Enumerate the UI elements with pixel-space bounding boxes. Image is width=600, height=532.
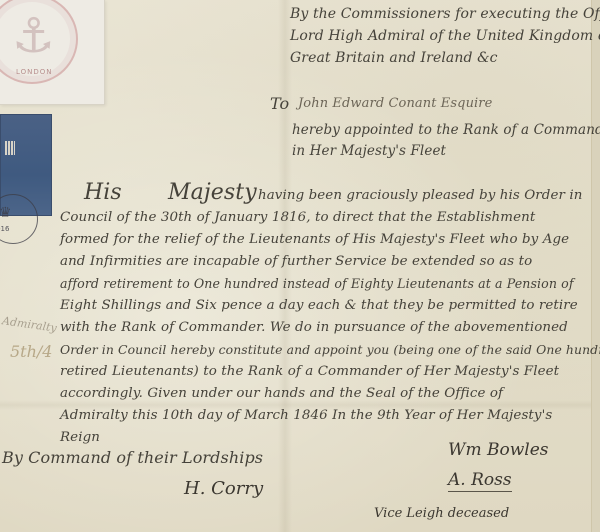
lead-word-majesty: Majesty: [168, 180, 257, 205]
margin-note-top: Admiralty: [1, 314, 57, 335]
secretary-signature: H. Corry: [184, 478, 263, 499]
anchor-icon: ⚓: [12, 8, 55, 64]
body-line-4: and Infirmities are incapable of further…: [60, 254, 532, 269]
header-line-1: By the Commissioners for executing the O…: [290, 6, 600, 22]
header-line-3: Great Britain and Ireland &c: [290, 50, 498, 66]
addressee-name: John Edward Conant Esquire: [298, 96, 492, 111]
body-line-6: Eight Shillings and Six pence a day each…: [60, 298, 578, 313]
lead-word-his: His: [84, 180, 122, 205]
body-line-5: afford retirement to One hundred instead…: [60, 276, 574, 291]
body-line-12: Reign: [60, 430, 100, 445]
header-line-2: Lord High Admiral of the United Kingdom …: [290, 28, 600, 44]
body-line-10: accordingly. Given under our hands and t…: [60, 386, 503, 401]
signature-1: Wm Bowles: [448, 440, 549, 460]
body-line-7: with the Rank of Commander. We do in pur…: [60, 320, 568, 335]
body-line-1: having been graciously pleased by his Or…: [258, 188, 582, 203]
body-line-3: formed for the relief of the Lieutenants…: [60, 232, 569, 247]
stamp-emblem-icon: [5, 141, 15, 155]
addressee-prefix: To: [270, 94, 289, 113]
addressee-line-2: in Her Majesty's Fleet: [292, 143, 446, 159]
page-edge: [591, 0, 600, 532]
body-line-11: Admiralty this 10th day of March 1846 In…: [60, 408, 552, 423]
body-line-9: retired Lieutenants) to the Rank of a Co…: [60, 364, 559, 379]
vice-note: Vice Leigh deceased: [374, 506, 509, 521]
embossed-seal-wafer: ⚓ LONDON: [0, 0, 105, 105]
body-line-8: Order in Council hereby constitute and a…: [60, 342, 600, 357]
seal-text: LONDON: [16, 68, 53, 76]
margin-note-bottom: 5th/4: [10, 342, 52, 361]
addressee-line-1: hereby appointed to the Rank of a Comman…: [292, 122, 600, 138]
postmark-date: -1-16: [0, 225, 9, 233]
signature-2: A. Ross: [448, 470, 512, 492]
crown-icon: ♛: [0, 205, 12, 221]
body-line-2: Council of the 30th of January 1816, to …: [60, 210, 535, 225]
by-command-line: By Command of their Lordships: [2, 448, 263, 467]
